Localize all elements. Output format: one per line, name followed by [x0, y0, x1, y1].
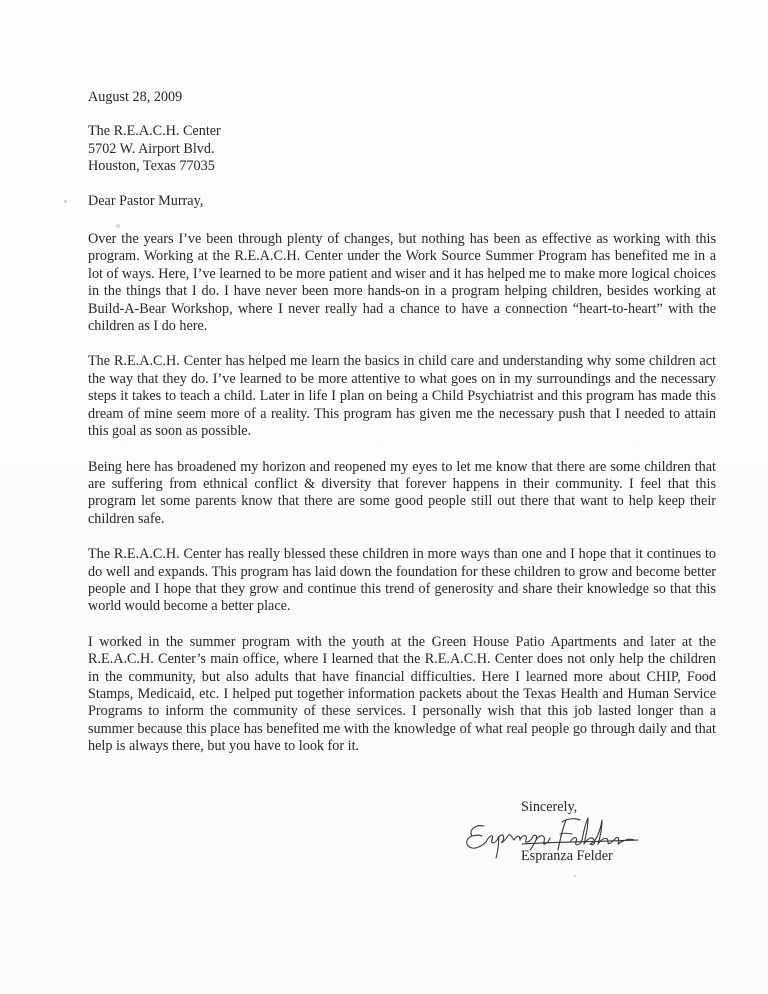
- paragraph: I worked in the summer program with the …: [88, 634, 716, 756]
- printed-name: Espranza Felder: [521, 848, 613, 865]
- paragraph: The R.E.A.C.H. Center has really blessed…: [88, 546, 716, 616]
- recipient-line: Houston, Texas 77035: [88, 158, 716, 175]
- letter-date: August 28, 2009: [88, 89, 716, 106]
- paragraph: The R.E.A.C.H. Center has helped me lear…: [88, 353, 716, 440]
- letter-body: August 28, 2009 The R.E.A.C.H. Center 57…: [88, 89, 716, 774]
- recipient-line: 5702 W. Airport Blvd.: [88, 141, 716, 158]
- paper-speck: [64, 200, 67, 203]
- recipient-address: The R.E.A.C.H. Center 5702 W. Airport Bl…: [88, 123, 716, 175]
- paragraph: Being here has broadened my horizon and …: [88, 459, 716, 529]
- letter-page: August 28, 2009 The R.E.A.C.H. Center 57…: [0, 0, 768, 994]
- paper-speck: [574, 875, 576, 877]
- salutation: Dear Pastor Murray,: [88, 193, 716, 210]
- recipient-line: The R.E.A.C.H. Center: [88, 123, 716, 140]
- paragraph: Over the years I’ve been through plenty …: [88, 231, 716, 335]
